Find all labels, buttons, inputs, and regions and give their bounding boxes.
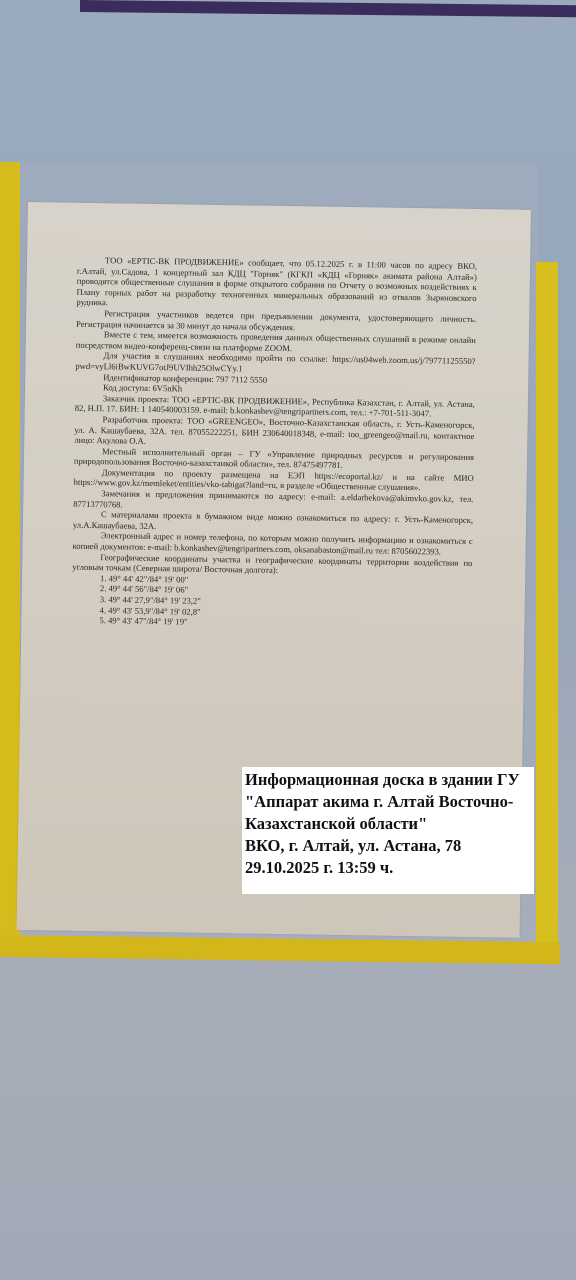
ceiling-strip	[80, 0, 576, 17]
caption-line: 29.10.2025 г. 13:59 ч.	[245, 857, 532, 879]
photo-caption: Информационная доска в здании ГУ "Аппара…	[242, 767, 534, 894]
coordinates-list: 1. 49° 44' 42"/84° 19' 00" 2. 49° 44' 56…	[71, 573, 472, 632]
caption-line: Казахстанской области"	[245, 813, 532, 835]
frame-left-edge	[0, 162, 20, 944]
caption-line: "Аппарат акима г. Алтай Восточно-	[245, 791, 532, 813]
caption-line: Информационная доска в здании ГУ	[245, 769, 532, 791]
notice-text: ТОО «ЕРТІС-ВК ПРОДВИЖЕНИЕ» сообщает, что…	[71, 255, 477, 632]
frame-right-edge	[536, 262, 558, 950]
caption-line: ВКО, г. Алтай, ул. Астана, 78	[245, 835, 532, 857]
paragraph-intro: ТОО «ЕРТІС-ВК ПРОДВИЖЕНИЕ» сообщает, что…	[76, 255, 477, 314]
